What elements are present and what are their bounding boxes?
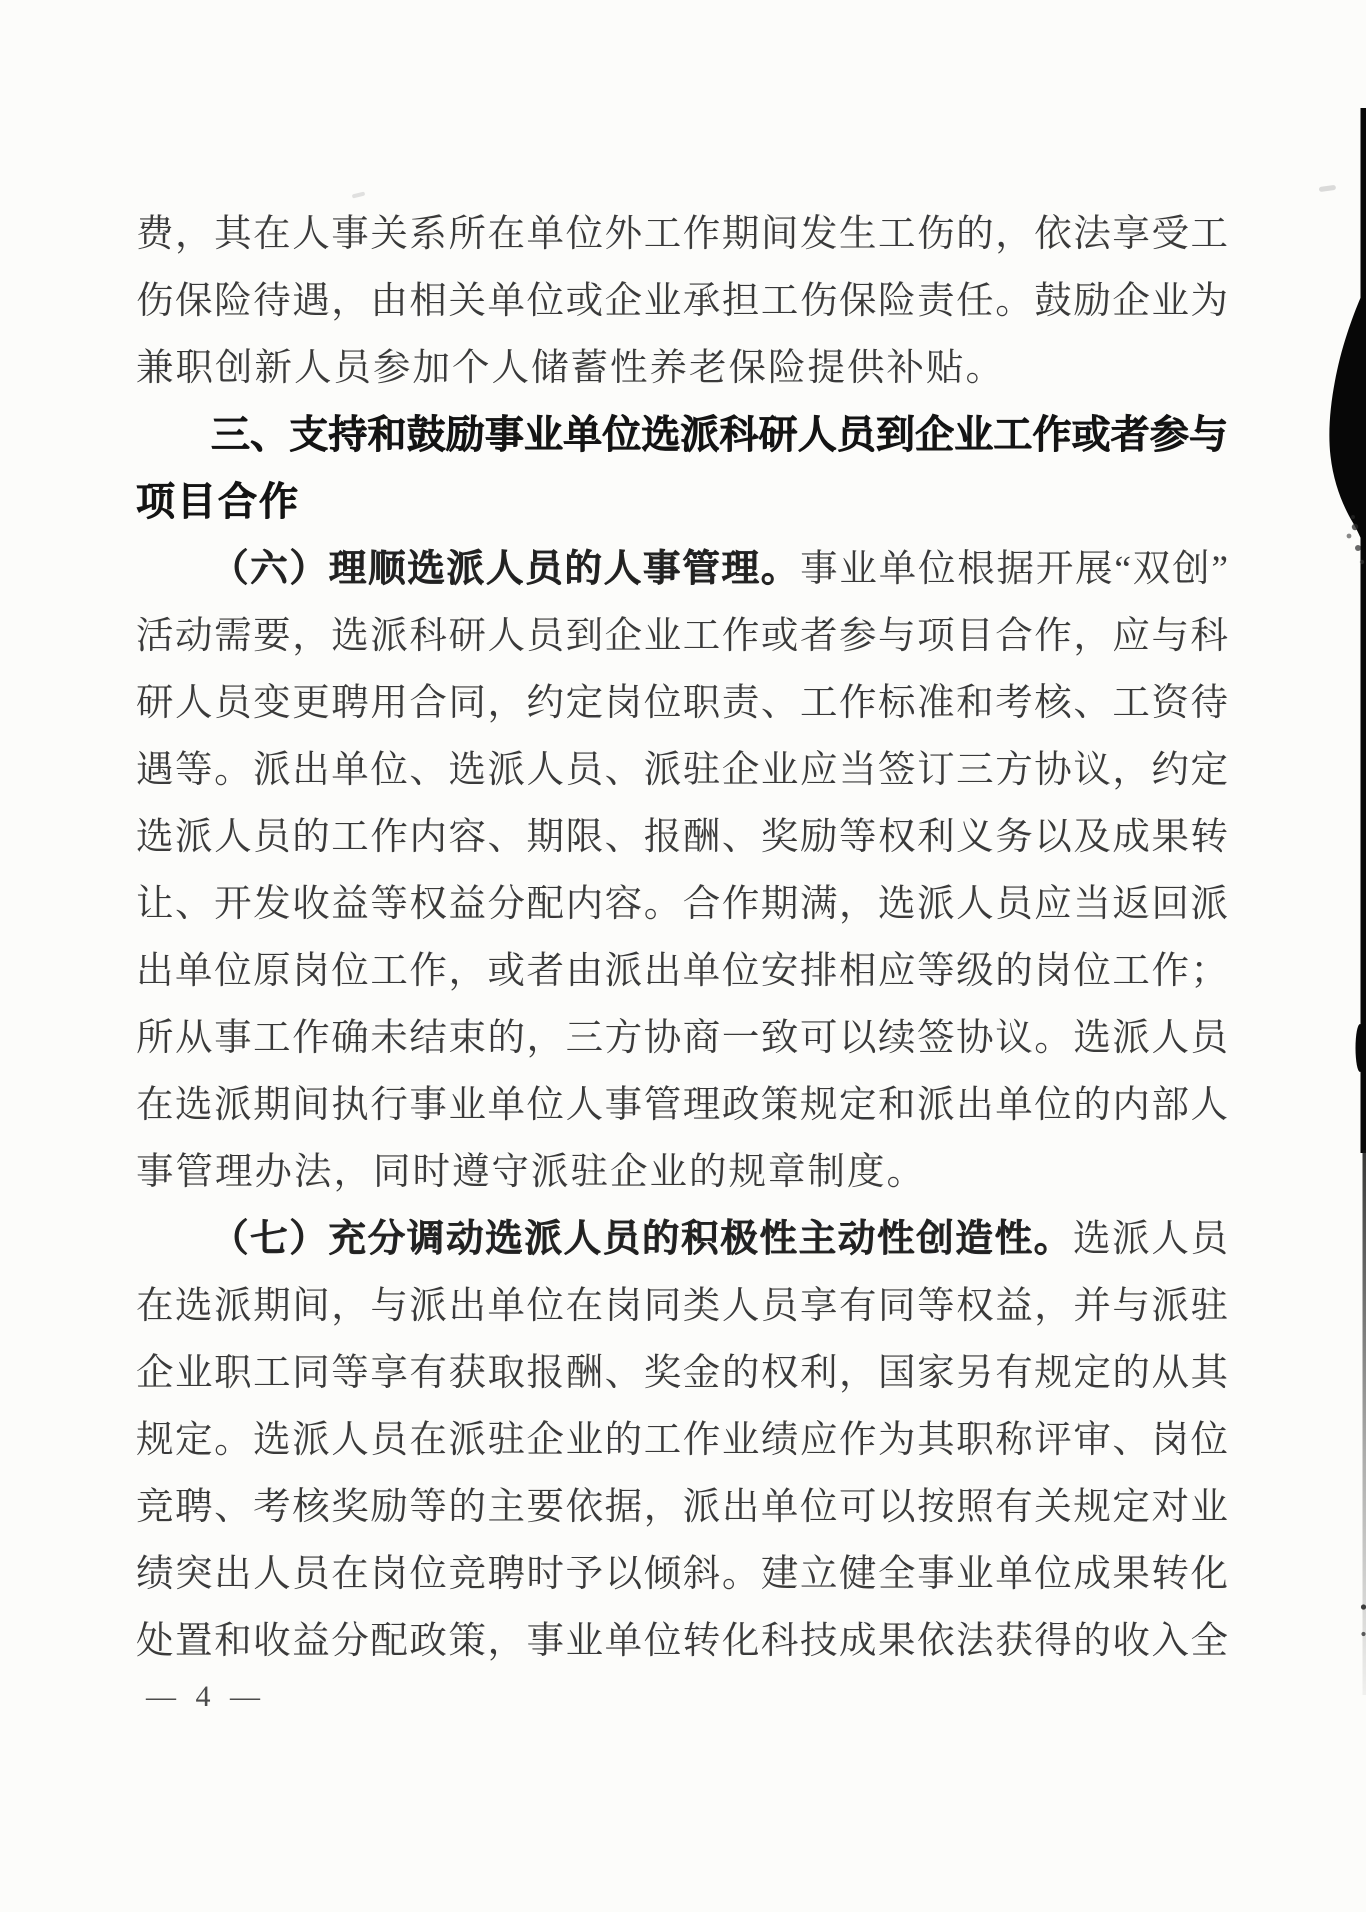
- clause-7-first-line: （七）充分调动选派人员的积极性主动性创造性。选派人员: [136, 1206, 1228, 1273]
- clause-6-title: （六）理顺选派人员的人事管理。: [211, 549, 800, 590]
- text-line: 在选派期间，与派出单位在岗同类人员享有同等权益，并与派驻: [136, 1273, 1228, 1340]
- text-line: 让、开发收益等权益分配内容。合作期满，选派人员应当返回派: [136, 871, 1228, 938]
- text-line: 绩突出人员在岗位竞聘时予以倾斜。建立健全事业单位成果转化: [136, 1541, 1228, 1608]
- text-line: 兼职创新人员参加个人储蓄性养老保险提供补贴。: [136, 335, 1228, 402]
- clause-6-text: 事业单位根据开展“双创”: [800, 549, 1228, 590]
- text-line: 研人员变更聘用合同，约定岗位职责、工作标准和考核、工资待: [136, 670, 1228, 737]
- text-line: 活动需要，选派科研人员到企业工作或者参与项目合作，应与科: [136, 603, 1228, 670]
- text-line: 处置和收益分配政策，事业单位转化科技成果依法获得的收入全: [136, 1608, 1228, 1675]
- text-line: 企业职工同等享有获取报酬、奖金的权利，国家另有规定的从其: [136, 1340, 1228, 1407]
- text-line: 遇等。派出单位、选派人员、派驻企业应当签订三方协议，约定: [136, 737, 1228, 804]
- page-number: — 4 —: [146, 1680, 266, 1714]
- scan-blob-artifact: [1329, 286, 1366, 552]
- clause-6-first-line: （六）理顺选派人员的人事管理。事业单位根据开展“双创”: [136, 536, 1228, 603]
- text-line: 规定。选派人员在派驻企业的工作业绩应作为其职称评审、岗位: [136, 1407, 1228, 1474]
- scan-edge-artifact: [1306, 0, 1366, 1912]
- scan-strip-artifact: [1361, 108, 1366, 1153]
- document-text-block: 费，其在人事关系所在单位外工作期间发生工伤的，依法享受工 伤保险待遇，由相关单位…: [136, 201, 1228, 1675]
- clause-7-title: （七）充分调动选派人员的积极性主动性创造性。: [211, 1219, 1073, 1260]
- scanned-document-page: 费，其在人事关系所在单位外工作期间发生工伤的，依法享受工 伤保险待遇，由相关单位…: [0, 0, 1366, 1912]
- text-line: 出单位原岗位工作，或者由派出单位安排相应等级的岗位工作；: [136, 938, 1228, 1005]
- text-line: 费，其在人事关系所在单位外工作期间发生工伤的，依法享受工: [136, 201, 1228, 268]
- text-line: 竞聘、考核奖励等的主要依据，派出单位可以按照有关规定对业: [136, 1474, 1228, 1541]
- text-line: 在选派期间执行事业单位人事管理政策规定和派出单位的内部人: [136, 1072, 1228, 1139]
- text-line: 伤保险待遇，由相关单位或企业承担工伤保险责任。鼓励企业为: [136, 268, 1228, 335]
- section-heading-line: 三、支持和鼓励事业单位选派科研人员到企业工作或者参与: [136, 402, 1228, 469]
- text-line: 所从事工作确未结束的，三方协商一致可以续签协议。选派人员: [136, 1005, 1228, 1072]
- clause-7-text: 选派人员: [1073, 1219, 1228, 1260]
- text-line: 选派人员的工作内容、期限、报酬、奖励等权利义务以及成果转: [136, 804, 1228, 871]
- scan-speck-artifact: [352, 191, 366, 198]
- text-line: 事管理办法，同时遵守派驻企业的规章制度。: [136, 1139, 1228, 1206]
- section-heading-line: 项目合作: [136, 469, 1228, 536]
